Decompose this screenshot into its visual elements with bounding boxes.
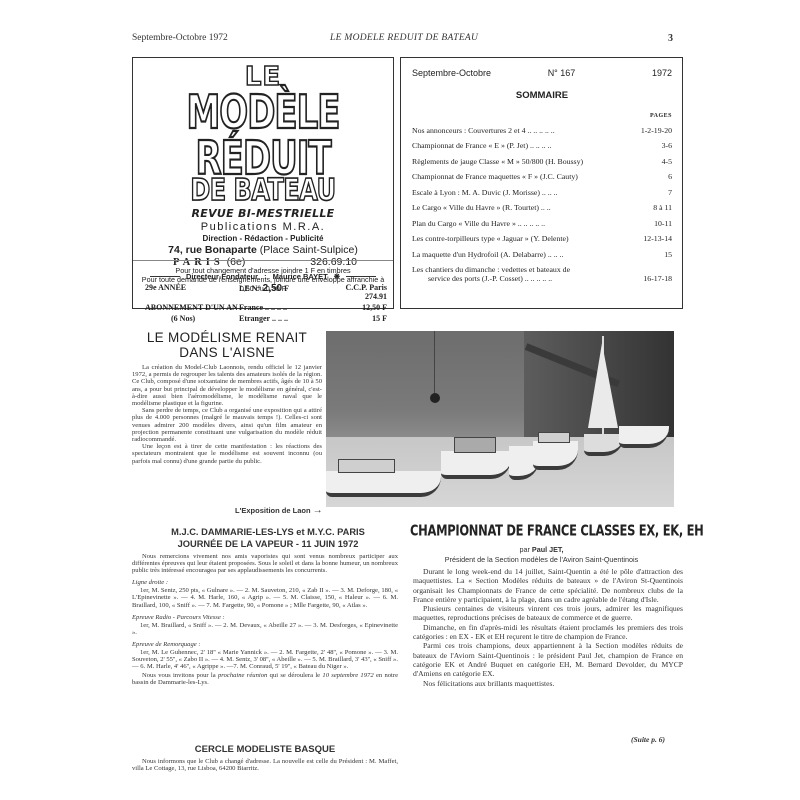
article-laon-title: LE MODÉLISME RENAIT DANS L'AISNE [132,330,322,360]
publisher: Publications M.R.A. [133,221,393,233]
page-number: 3 [668,33,673,44]
toc-item[interactable]: Nos annonceurs : Couvertures 2 et 4 .. .… [412,126,672,135]
toc-item-pages: 8 à 11 [649,203,672,212]
toc-item-title: Le Cargo « Ville du Havre » (R. Tourtet)… [412,203,649,212]
toc-item-title: Nos annonceurs : Couvertures 2 et 4 .. .… [412,126,637,135]
address-street: 74, rue Bonaparte [168,244,257,256]
toc-item[interactable]: La maquette d'un Hydrofoil (A. Delabarre… [412,250,672,259]
toc-item-title: Escale à Lyon : M. A. Duvic (J. Morisse)… [412,188,664,197]
toc-item-title: La maquette d'un Hydrofoil (A. Delabarre… [412,250,660,259]
toc-item[interactable]: Les contre-torpilleurs type « Jaguar » (… [412,234,672,243]
etranger-label: Etranger .. .. .. [239,314,323,323]
paragraph: Nos félicitations aux brillants maquetti… [413,679,683,688]
results-list: 1er, M. Braillard, « Sniff ». — 2. M. De… [132,622,398,636]
toc-item-pages: 15 [660,250,672,259]
paragraph: La création du Model-Club Laonnois, rend… [132,364,322,407]
toc-item-title: Règlements de jauge Classe « M » 50/800 … [412,157,658,166]
logo-subtitle: DE BATEAU [133,175,393,205]
paragraph: Durant le long week-end du 14 juillet, S… [413,567,683,604]
article-laon-body: La création du Model-Club Laonnois, rend… [132,364,322,465]
toc-item[interactable]: Le Cargo « Ville du Havre » (R. Tourtet)… [412,203,672,212]
address: 74, rue Bonaparte (Place Saint-Sulpice) [133,244,393,256]
article-basque-title: CERCLE MODELISTE BASQUE [132,744,398,755]
toc-period: Septembre-Octobre [412,68,491,78]
article-basque-body: Nous informons que le Club a changé d'ad… [132,758,398,773]
toc-list: Nos annonceurs : Couvertures 2 et 4 .. .… [412,126,672,259]
running-head-date: Septembre-Octobre 1972 [132,33,228,43]
article-championnat-body: Durant le long week-end du 14 juillet, S… [413,567,683,688]
results-category: Epreuve de Remorquage : [132,641,398,648]
toc-item-pages: 3-6 [658,141,672,150]
article-championnat-byline: par Paul JET, Président de la Section mo… [400,545,683,565]
paragraph: Plusieurs centaines de visiteurs vinrent… [413,604,683,623]
photo-caption: L'Exposition de Laon → [235,505,323,516]
article-championnat-title: CHAMPIONNAT DE FRANCE CLASSES EX, EK, EH [410,521,686,539]
magazine-page: Septembre-Octobre 1972 LE MODELE REDUIT … [0,0,800,800]
address-place: (Place Saint-Sulpice) [260,244,358,256]
toc-item-pages: 12-13-14 [639,234,672,243]
continued-link[interactable]: (Suite p. 6) [631,735,665,744]
direction-line: Direction - Rédaction - Publicité [133,234,393,243]
toc-item-title: Les contre-torpilleurs type « Jaguar » (… [412,234,639,243]
masthead-box: LE MODÈLE RÉDUIT DE BATEAU REVUE BI-MEST… [132,57,394,309]
results-category: Epreuve Radio - Parcours Vitesse : [132,614,398,621]
toc-item-pages: 4-5 [658,157,672,166]
notice-info-request: Pour toute demande de renseignements, jo… [133,275,393,293]
results-list: 1er, M. Le Guhennec, 2' 18'' « Marie Yan… [132,649,398,670]
toc-issue-number: N° 167 [548,68,576,78]
etranger-price: 15 F [323,314,387,323]
toc-item[interactable]: Plan du Cargo « Ville du Havre » .. .. .… [412,219,672,228]
paragraph: Dimanche, en fin d'après-midi les résult… [413,623,683,642]
toc-item[interactable]: Championnat de France maquettes « F » (J… [412,172,672,181]
toc-year: 1972 [652,68,672,78]
toc-title: SOMMAIRE [412,90,672,101]
toc-item[interactable]: Championnat de France « E » (P. Jet) .. … [412,141,672,150]
paragraph: Parmi ces trois champions, deux appartie… [413,641,683,678]
exhibition-photo [326,331,674,507]
toc-item-title: Championnat de France maquettes « F » (J… [412,172,664,181]
toc-item[interactable]: Les chantiers du dimanche : vedettes et … [412,265,672,283]
arrow-right-icon: → [313,505,323,516]
toc-header: Septembre-Octobre N° 167 1972 [412,68,672,78]
paragraph: Une leçon est à tirer de cette manifesta… [132,443,322,465]
toc-pages-label: PAGES [412,113,672,119]
logo-title: MODÈLE RÉDUIT [133,90,393,182]
notice-address-change: Pour tout changement d'adresse joindre 1… [133,266,393,275]
toc-item[interactable]: Règlements de jauge Classe « M » 50/800 … [412,157,672,166]
article-mjc-title: M.J.C. DAMMARIE-LES-LYS et M.Y.C. PARIS … [132,527,404,550]
running-head-title: LE MODELE REDUIT DE BATEAU [330,33,478,43]
paragraph: Sans perdre de temps, ce Club a organisé… [132,407,322,443]
article-mjc-body: Nous remercions vivement nos amis vapori… [132,553,398,687]
article-mjc-intro: Nous remercions vivement nos amis vapori… [132,553,398,574]
toc-item-pages: 7 [664,188,672,197]
toc-item-pages: 6 [664,172,672,181]
notice-box: Pour tout changement d'adresse joindre 1… [133,260,393,308]
article-mjc-invitation: Nous vous invitons pour la prochaine réu… [132,672,398,686]
table-of-contents: Septembre-Octobre N° 167 1972 SOMMAIRE P… [400,57,683,309]
toc-item-pages: 10-11 [650,219,672,228]
revue-frequency: REVUE BI-MESTRIELLE [133,207,393,220]
results-category: Ligne droite : [132,579,398,586]
toc-item-title: Plan du Cargo « Ville du Havre » .. .. .… [412,219,650,228]
subscription-issues: (6 Nos) [145,314,239,323]
results-list: 1er, M. Sentz, 250 pts, « Gulnare ». — 2… [132,587,398,608]
toc-item-title: Championnat de France « E » (P. Jet) .. … [412,141,658,150]
toc-item[interactable]: Escale à Lyon : M. A. Duvic (J. Morisse)… [412,188,672,197]
toc-item-pages: 1-2-19-20 [637,126,672,135]
